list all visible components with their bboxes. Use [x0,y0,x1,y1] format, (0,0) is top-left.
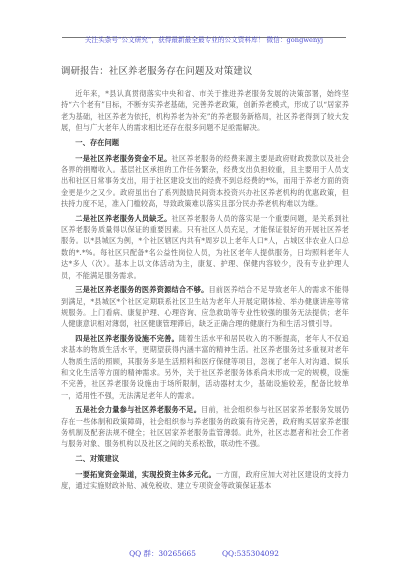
problem-paragraph-4: 四是社区养老服务设施不完善。随着生活水平和居民收入的不断提高，老年人不仅追求基本… [61,333,349,401]
header-banner: 关注头条号“公文研究”，获得最新最全最专业的公文资料库！ 微信：gongweny… [62,27,346,38]
section-heading-problems: 一、存在问题 [61,137,349,149]
problem-paragraph-1: 一是社区养老服务资金不足。社区养老服务的经费来源主要是政府财政拨款以及社会各界的… [61,153,349,210]
paragraph-lead: 一是社区养老服务资金不足。 [75,154,171,163]
footer-qq-group: QQ 群：30265665 [129,549,196,559]
section-heading-suggestions: 二、对策建议 [61,453,349,465]
document-body: 近年来，*县认真贯彻落实中央和省、市关于推进养老服务发展的决策部署，始终坚持“六… [61,88,349,495]
paragraph-lead: 二是社区养老服务人员缺乏。 [75,214,171,223]
suggestion-paragraph-1: 一要拓宽资金渠道，实现投资主体多元化。一方面，政府应加大对社区建设的支持力度，通… [61,469,349,492]
problem-paragraph-5: 五是社会力量参与社区养老服务不足。目前，社会组织参与社区居家养老服务发展仍存在一… [61,404,349,450]
header-banner-text: 关注头条号“公文研究”，获得最新最全最专业的公文资料库！ 微信：gongweny… [85,36,323,45]
problem-paragraph-3: 三是社区养老服务的医养资源结合不够。目前医养结合不足导致老年人的需求不能得到满足… [61,284,349,330]
paragraph-lead: 五是社会力量参与社区养老服务不足。 [75,405,201,414]
paragraph-lead: 三是社区养老服务的医养资源结合不够。 [75,285,208,294]
document-title: 调研报告：社区养老服务存在问题及对策建议 [61,66,253,78]
paragraph-text: 随着生活水平和居民收入的不断提高，老年人不仅追求基本的物质生活水平，更期望获得内… [61,334,349,400]
problem-paragraph-2: 二是社区养老服务人员缺乏。社区养老服务人员的落实是一个重要问题，是关系到社区养老… [61,213,349,281]
footer-contact: QQ 群：30265665QQ:535304092 [0,549,408,559]
intro-paragraph: 近年来，*县认真贯彻落实中央和省、市关于推进养老服务发展的决策部署，始终坚持“六… [61,88,349,134]
paragraph-lead: 一要拓宽资金渠道，实现投资主体多元化。 [75,470,216,479]
paragraph-text: 社区养老服务人员的落实是一个重要问题，是关系到社区养老服务质量得以保证的重要因素… [61,214,349,280]
paragraph-lead: 四是社区养老服务设施不完善。 [75,334,179,343]
footer-qq: QQ:535304092 [222,549,279,559]
